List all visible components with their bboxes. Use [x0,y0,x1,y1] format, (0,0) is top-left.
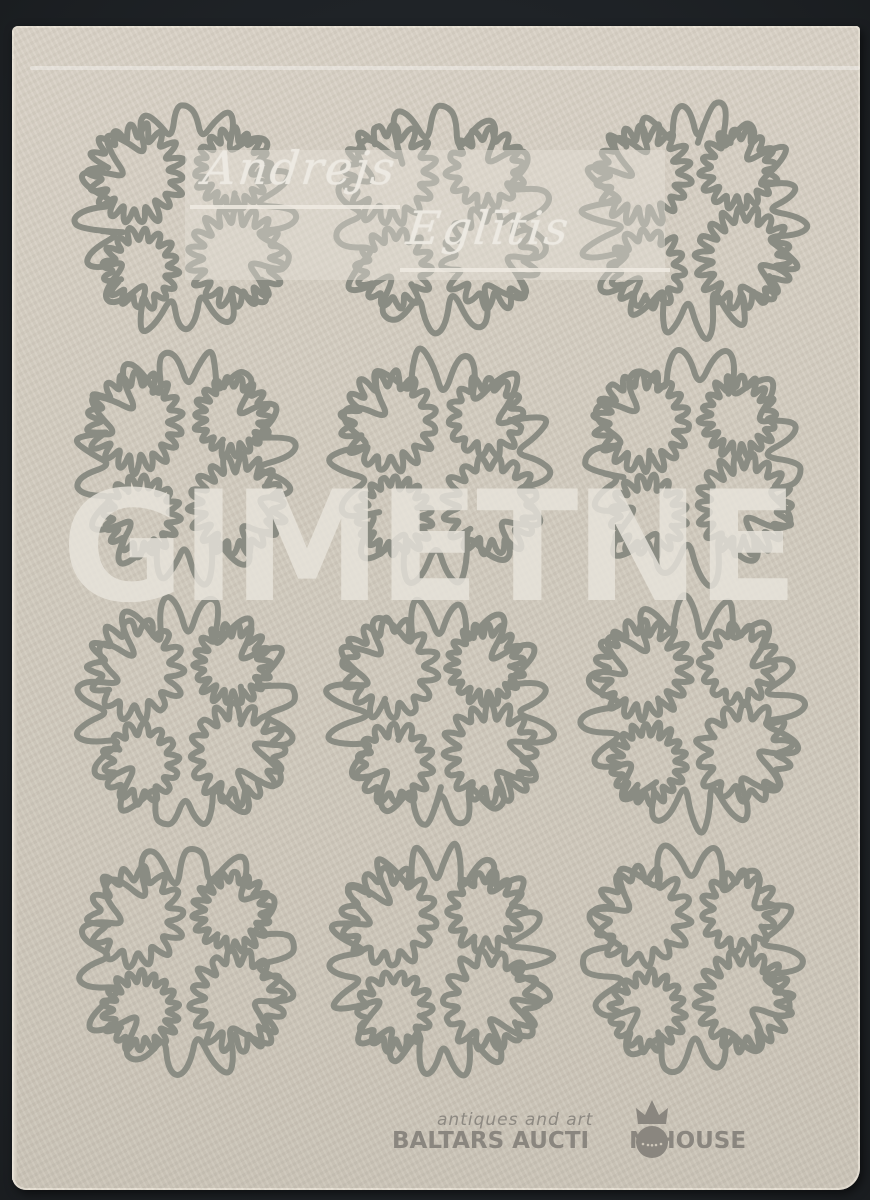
author-underline-1 [190,205,400,209]
author-last-name: Eglītis [404,205,572,251]
auction-watermark: antiques and art BALTARS AUCTIN HOUSE [392,1110,792,1170]
author-first-name: Andrejs [201,145,579,191]
watermark-name-part1: BALTARS AUCTI [392,1128,589,1154]
crown-icon [632,1098,672,1160]
cover-left-edge [12,60,17,1180]
watermark-house-name: BALTARS AUCTIN HOUSE [392,1128,746,1154]
watermark-tagline: antiques and art [437,1110,593,1130]
book-title: GIMETNE [108,477,748,620]
author-underline-2 [400,268,670,272]
author-name: Andrejs Eglītis [194,145,578,251]
